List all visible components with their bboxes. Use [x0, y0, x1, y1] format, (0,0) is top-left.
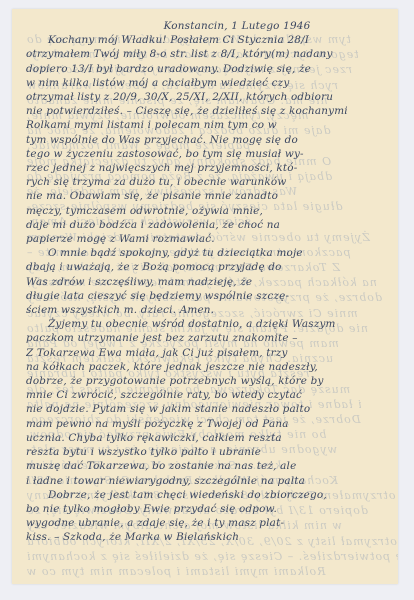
letter-line: rych się trzyma za dużo tu, i obecnie wa… — [26, 175, 388, 189]
letter-line: otrzymałem Twój miły 8-o str. list z 8/I… — [26, 47, 388, 61]
letter-line: paczkom utrzymanie jest bez zarzutu znak… — [26, 331, 388, 345]
letter-line: Was zdrów i szczęśliwy, mam nadzieję, że — [26, 275, 388, 289]
bleed-line: nie potwierdziłeś. – Cieszę się, że dzie… — [26, 550, 398, 563]
letter-line: mam pewno na myśli pożyczkę z Twojej od … — [26, 417, 388, 431]
letter-body: Kochany mój Władku! Posłałem Ci Stycznia… — [26, 33, 388, 544]
letter-line: Z Tokarzewa Ewa miała, jak Ci już pisałe… — [26, 346, 388, 360]
letter-line: papierze mogę z Wami rozmawiać. — [26, 232, 388, 246]
letter-line: i ładne i towar niewiarygodny, szczególn… — [26, 474, 388, 488]
letter-line: otrzymał listy z 20/9, 30/X, 25/XI, 2/XI… — [26, 90, 388, 104]
letter-page: tym wspólnie do Was przyjechać. Nie mogę… — [12, 9, 398, 584]
letter-line: muszę dać Tokarzewa, bo zostanie na nas … — [26, 459, 388, 473]
letter-line: długie lata cieszyć się będziemy wspólni… — [26, 289, 388, 303]
letter-line: ucznia. Chyba tylko rękawiczki, całkiem … — [26, 431, 388, 445]
letter-line: dbają i uważają, że z Bożą pomocą przyja… — [26, 260, 388, 274]
letter-line: w nim kilka listów mój a chciałbym wiedz… — [26, 76, 388, 90]
letter-line: O mnie bądź spokojny, gdyż tu dzieciątka… — [26, 246, 388, 260]
bleed-line: Rolkami mymi listami i polecam nim tym c… — [26, 565, 325, 578]
letter-line: Rolkami mymi listami i polecam nim tym c… — [26, 118, 388, 132]
letter-line: dopiero 13/I był bardzo uradowany. Dodzi… — [26, 62, 388, 76]
letter-line: tym wspólnie do Was przyjechać. Nie mogę… — [26, 133, 388, 147]
letter-line: tego w życzeniu zastosować, bo tym się m… — [26, 147, 388, 161]
letter-line: bo nie tylko mogłoby Ewie przydać się od… — [26, 502, 388, 516]
letter-line: na kółkach paczek, które jednak jeszcze … — [26, 360, 388, 374]
letter-line: reszta bytu i wszystko tylko palto i ubr… — [26, 445, 388, 459]
letter-line: Żyjemy tu obecnie wśród dostatnio, a dzi… — [26, 317, 388, 331]
letter-line: kiss. – Szkoda, że Marka w Bielańskich — [26, 530, 388, 544]
letter-line: daje mi dużo bodźca i zadowolenia, że ch… — [26, 218, 388, 232]
letter-line: męczy, tymczasem odwrotnie, ożywia mnie, — [26, 204, 388, 218]
letter-line: nie potwierdziłeś. – Cieszę się, że dzie… — [26, 104, 388, 118]
letter-text: Konstancin, 1 Lutego 1946 Kochany mój Wł… — [26, 19, 388, 545]
letter-line: ściem wszystkich m. dzieci. Amen. — [26, 303, 388, 317]
letter-line: mnie Ci zwrócić, szczególnie raty, bo wt… — [26, 388, 388, 402]
letter-line: nie ma. Obawiam się, że pisanie mnie zan… — [26, 189, 388, 203]
letter-line: rzec jednej z najwięcszych mej przyjemno… — [26, 161, 388, 175]
letter-line: wygodne ubranie, a zdaje się, że i ty ma… — [26, 516, 388, 530]
letter-line: Kochany mój Władku! Posłałem Ci Stycznia… — [26, 33, 388, 47]
letter-header: Konstancin, 1 Lutego 1946 — [26, 19, 388, 33]
letter-line: Dobrze, że jest tam chęci wiedeński do z… — [26, 488, 388, 502]
letter-line: dobrze, że przygotowanie potrzebnych wyś… — [26, 374, 388, 388]
letter-line: nie dojdzie. Pytam się w jakim stanie na… — [26, 402, 388, 416]
